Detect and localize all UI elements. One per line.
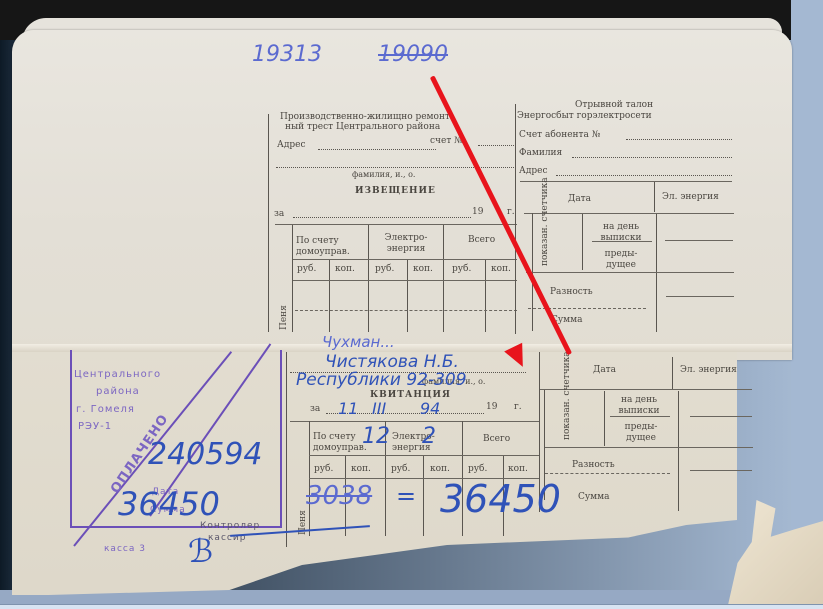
receipt-kop-2: коп. (430, 465, 450, 474)
handwritten-number-2: 19090 (378, 44, 448, 66)
notice-rub-2: руб. (375, 265, 394, 274)
receipt-rub-2: руб. (391, 465, 410, 474)
window-frame-edge (0, 604, 823, 609)
notice-col-housing: По счету домоуправ. (296, 236, 356, 258)
talon-electric-label: Эл. энергия (662, 193, 719, 202)
notice-kop-3: коп. (491, 265, 511, 274)
notice-name-caption: фамилия, и., о. (352, 171, 415, 179)
handwritten-mark-housing: 12 (362, 426, 390, 448)
handwritten-signature: ℬ (188, 535, 213, 567)
receipt-rub-3: руб. (468, 465, 487, 474)
notice-rub-3: руб. (452, 265, 471, 274)
notice-side-label: Пеня (279, 305, 289, 330)
receipt-col-electric: Электро-энергия (392, 432, 448, 454)
lower-talon-electric-label: Эл. энергия (680, 366, 737, 375)
handwritten-date-year: 94 (420, 401, 440, 417)
notice-kop-1: коп. (335, 265, 355, 274)
talon-account-label: Счет абонента № (519, 131, 600, 140)
notice-address-label: Адрес (277, 141, 306, 150)
handwritten-equals: = (396, 484, 416, 508)
handwritten-stamp-amount: 36450 (118, 488, 220, 520)
notice-year: 19 (472, 208, 483, 217)
handwritten-date-month: III (372, 401, 386, 417)
stamp-line-1: Центрального (74, 369, 161, 380)
stamp-cash-desk-label: касса 3 (104, 544, 146, 554)
lower-talon-date-label: Дата (593, 366, 616, 375)
handwritten-address: Республики 92-309 (296, 372, 467, 389)
stamp-line-4: РЭУ-1 (78, 421, 112, 432)
notice-title: ИЗВЕЩЕНИЕ (355, 187, 436, 196)
lower-talon-on-day-label: на день выписки (613, 395, 665, 417)
talon-surname-label: Фамилия (519, 149, 562, 158)
receipt-year-g: г. (514, 403, 522, 412)
receipt-kop-3: коп. (508, 465, 528, 474)
handwritten-date-day: 11 (338, 401, 358, 417)
notice-col-electric: Электро-энергия (378, 233, 434, 255)
receipt-col-total: Всего (483, 435, 510, 444)
blue-surface (791, 0, 823, 609)
talon-subtitle: Энергосбыт горэлектросети (517, 112, 652, 121)
notice-year-g: г. (507, 208, 515, 217)
handwritten-number-1: 19313 (252, 44, 322, 66)
notice-kop-2: коп. (413, 265, 433, 274)
lower-talon-meter-label: показан. счетчика (562, 390, 572, 440)
talon-title: Отрывной талон (575, 101, 653, 110)
lower-talon-sum-label: Сумма (578, 493, 610, 502)
stamp-line-3: г. Гомеля (76, 404, 135, 415)
stamp-line-2: района (96, 386, 140, 397)
handwritten-name-faint: Чухман... (322, 335, 395, 350)
handwritten-surname: Чистякова Н.Б. (325, 354, 459, 371)
talon-previous-label: преды-дущее (600, 249, 642, 271)
lower-talon-previous-label: преды-дущее (620, 422, 662, 444)
handwritten-stamp-date: 240594 (148, 440, 263, 470)
notice-for-label: за (274, 210, 284, 219)
receipt-year: 19 (486, 403, 497, 412)
talon-difference-label: Разность (550, 288, 593, 297)
receipt-kop-1: коп. (351, 465, 371, 474)
handwritten-mark-electric: 2 (422, 426, 436, 448)
notice-rub-1: руб. (297, 265, 316, 274)
handwritten-amount-crossed: 3038 (306, 483, 372, 509)
notice-account-label: счет № (430, 137, 463, 146)
notice-col-total: Всего (468, 236, 495, 245)
notice-org-line2: ный трест Центрального района (285, 123, 440, 132)
handwritten-amount-total: 36450 (440, 480, 561, 518)
talon-address-label: Адрес (519, 167, 548, 176)
receipt-for-label: за (310, 405, 320, 414)
lower-talon-difference-label: Разность (572, 461, 615, 470)
talon-meter-readings-label: показан. счетчика (540, 216, 550, 266)
receipt-rub-1: руб. (314, 465, 333, 474)
notice-org-line1: Производственно-жилищно ремонт- (280, 113, 453, 122)
talon-date-label: Дата (568, 195, 591, 204)
